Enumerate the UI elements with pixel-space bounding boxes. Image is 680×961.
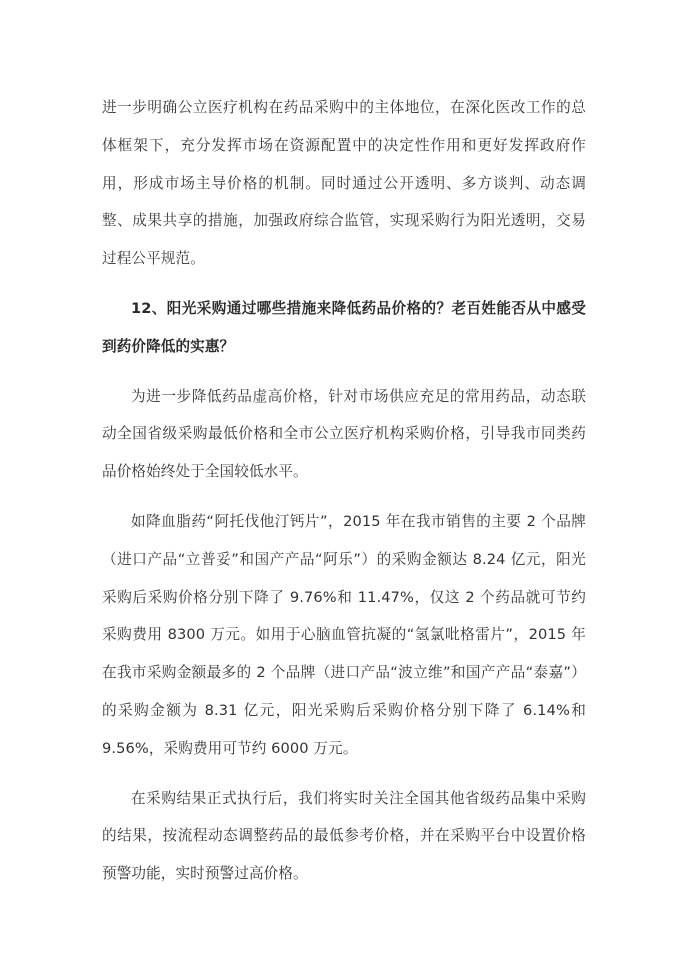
paragraph-price-linkage: 为进一步降低药品虚高价格，针对市场供应充足的常用药品，动态联动全国省级采购最低价… xyxy=(102,378,586,491)
document-page: 进一步明确公立医疗机构在药品采购中的主体地位，在深化医改工作的总体框架下，充分发… xyxy=(102,89,586,893)
paragraph-gap xyxy=(102,366,586,378)
section-heading-12: 12、阳光采购通过哪些措施来降低药品价格的？老百姓能否从中感受到药价降低的实惠？ xyxy=(102,290,586,366)
paragraph-gap xyxy=(102,278,586,290)
paragraph-gap xyxy=(102,768,586,780)
paragraph-price-warning: 在采购结果正式执行后，我们将实时关注全国其他省级药品集中采购的结果，按流程动态调… xyxy=(102,780,586,893)
paragraph-gap xyxy=(102,491,586,503)
paragraph-procurement-principles: 进一步明确公立医疗机构在药品采购中的主体地位，在深化医改工作的总体框架下，充分发… xyxy=(102,89,586,278)
paragraph-drug-examples: 如降血脂药“阿托伐他汀钙片”，2015 年在我市销售的主要 2 个品牌（进口产品… xyxy=(102,503,586,768)
